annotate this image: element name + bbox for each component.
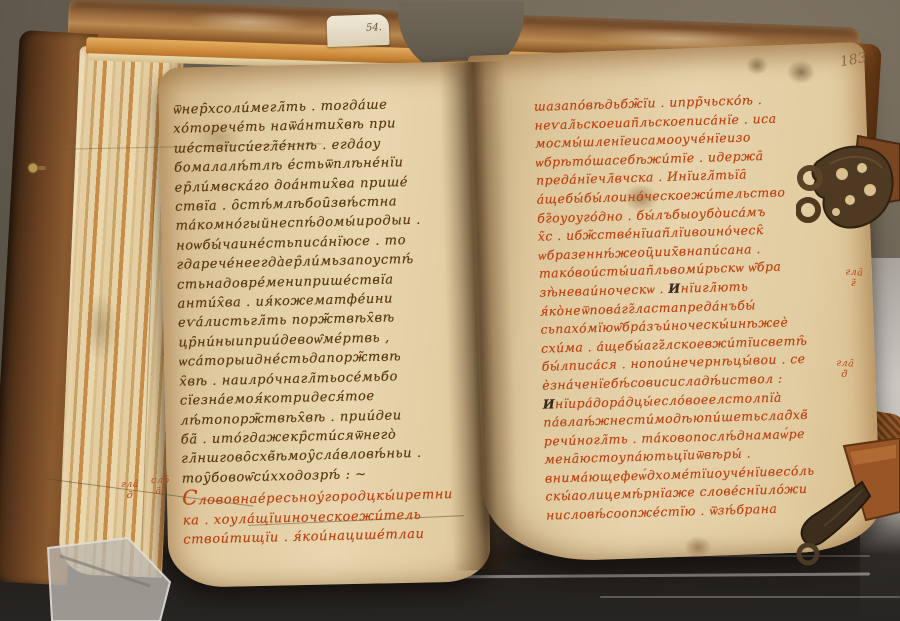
stand-corner-wedge [48, 538, 170, 621]
display-stand [0, 0, 900, 621]
manuscript-photo: ѿнер̑хсоли́мегл̃ть . тогда́шехо́торече́т… [0, 0, 900, 621]
